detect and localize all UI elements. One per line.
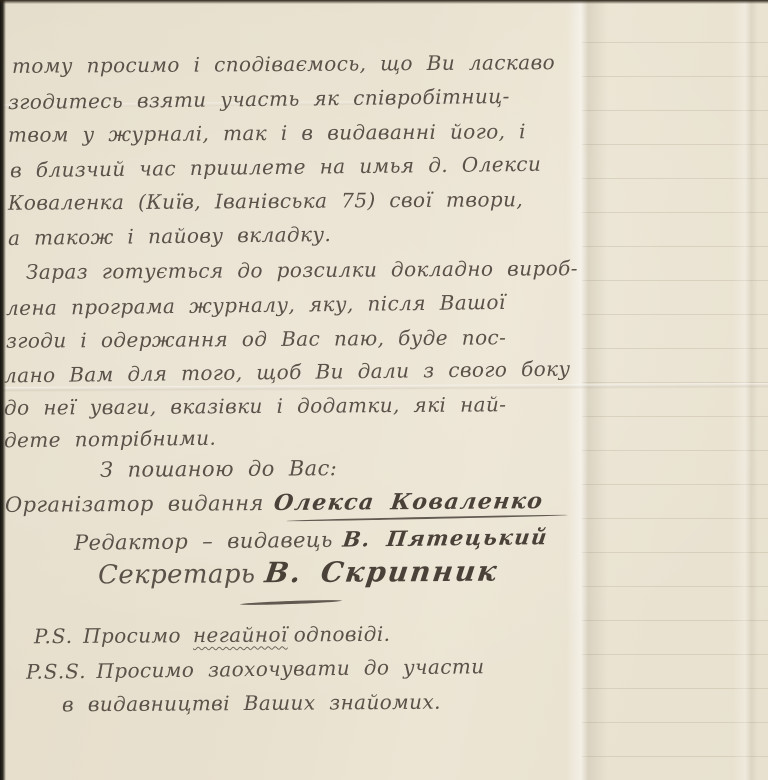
ps1-label: P.S. [34,624,73,648]
letter-line: лано Вам для того, щоб Ви дали з свого б… [4,357,571,388]
postscript-2-line1: P.S.S.Просимо заохочувати до участи [26,654,485,684]
letter-line: згоди і одержання од Вас паю, буде пос- [6,325,506,352]
signature-editor: В. Пятецький [341,524,549,552]
signature-secretary-underline [240,599,342,606]
editor-role-label: Редактор – видавець [74,528,333,555]
postscript-2-line2: в видавництві Ваших знайомих. [62,690,441,717]
fold-crease-vertical [556,0,608,780]
fold-crease-vertical-right [732,0,758,780]
letter-line: тому просимо і сподіваємось, що Ви ласка… [12,50,555,78]
letter-line: згодитесь взяти участь як співробітниц- [8,84,510,114]
signature-organizer: Олекса Коваленко [272,488,545,516]
scan-edge-left [0,0,6,780]
ps1-text-after: одповіді. [294,622,391,647]
letter-line: дете потрібними. [4,426,217,453]
closing-secretary-line: СекретарьВ. Скрипник [98,555,499,591]
letter-line: в близчий час пришлете на имья д. Олекси [10,152,542,182]
postscript-1: P.S.Просимонегайноїодповіді. [34,622,397,649]
secretary-role-label: Секретарь [98,559,256,590]
signature-secretary: В. Скрипник [263,555,501,590]
ps1-underlined-word: негайної [193,622,288,647]
scan-edge-top [0,0,768,4]
letter-line: Зараз готується до розсилки докладно вир… [26,256,578,284]
letter-line: а також і пайову вкладку. [8,222,331,250]
letter-line: лена програма журналу, яку, після Вашої [6,290,506,320]
closing-salutation: З пошаною до Вас: [100,456,337,482]
ps1-text-before: Просимо [83,623,181,648]
closing-organizer-line: Організатор виданняОлекса Коваленко [5,488,543,518]
letter-line: до неї уваги, вказівки і додатки, які на… [4,392,507,420]
letter-line: твом у журналі, так і в видаванні його, … [8,119,526,147]
ps2-label: P.S.S. [26,659,87,684]
organizer-role-label: Організатор видання [5,491,264,517]
ps2-text-line1: Просимо заохочувати до участи [96,654,484,683]
letter-line: Коваленка (Київ, Іванівська 75) свої тво… [8,187,523,215]
ruled-lines [582,0,768,780]
closing-editor-line: Редактор – видавецьВ. Пятецький [74,524,548,555]
letter-page: тому просимо і сподіваємось, що Ви ласка… [0,0,768,780]
